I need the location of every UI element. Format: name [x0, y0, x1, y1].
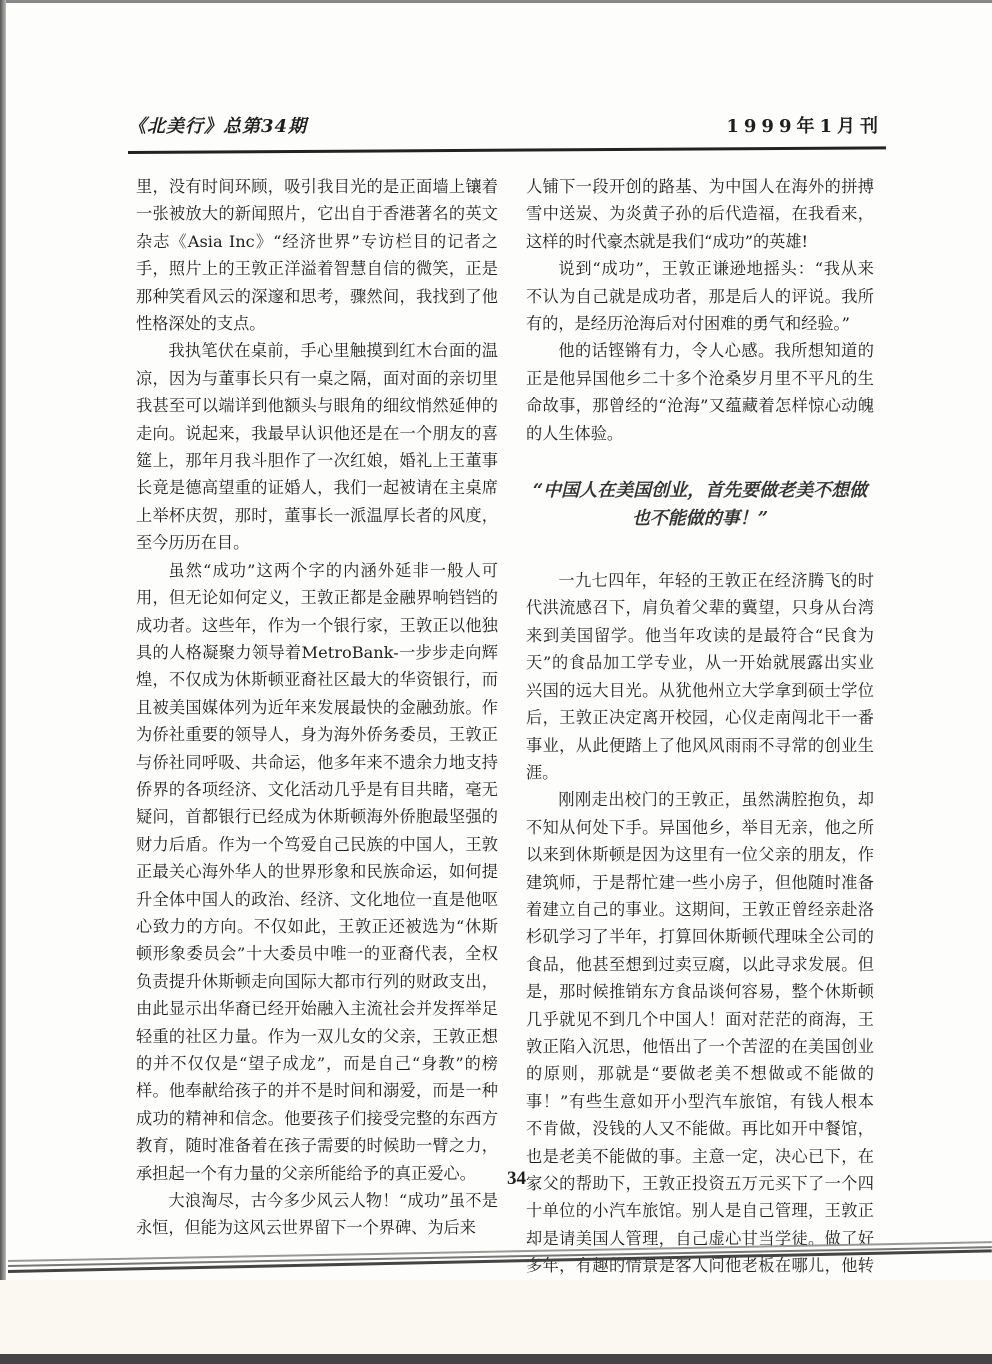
- stacked-page-edges: [8, 1258, 992, 1276]
- left-column: 里，没有时间环顾，吸引我目光的是正面墙上镶着一张被放大的新闻照片，它出自于香港著…: [136, 173, 498, 1242]
- pull-quote: “中国人在美国创业，首先要做老美不想做 也不能做的事！”: [526, 477, 874, 533]
- header-rule: [128, 146, 886, 154]
- right-column: 人铺下一段开创的路基、为中国人在海外的拼搏雪中送炭、为炎黄子孙的后代造福，在我看…: [526, 173, 874, 1307]
- scan-background: [0, 1280, 992, 1354]
- paragraph: 我执笔伏在桌前，手心里触摸到红木台面的温凉，因为与董事长只有一桌之隔，面对面的亲…: [136, 337, 498, 556]
- paragraph: 虽然“成功”这两个字的内涵外延非一般人可用，但无论如何定义，王敦正都是金融界响铛…: [136, 557, 498, 1187]
- paragraph: 说到“成功”，王敦正谦逊地摇头：“我从来不认为自己就是成功者，那是后人的评说。我…: [526, 255, 874, 337]
- paragraph: 他的话铿锵有力，令人心感。我所想知道的正是他异国他乡二十多个沧桑岁月里不平凡的生…: [526, 337, 874, 447]
- scan-border-left: [0, 0, 6, 1364]
- issue-date: 1999年1月刊: [726, 112, 883, 138]
- paragraph: 大浪淘尽，古今多少风云人物！“成功”虽不是永恒，但能为这风云世界留下一个界碑、为…: [136, 1187, 498, 1242]
- paragraph: 刚刚走出校门的王敦正，虽然满腔抱负，却不知从何处下手。异国他乡，举目无亲，他之所…: [526, 786, 874, 1307]
- scan-border-top: [0, 0, 992, 3]
- publication-title: 《北美行》总第34期: [128, 112, 307, 138]
- paragraph: 人铺下一段开创的路基、为中国人在海外的拼搏雪中送炭、为炎黄子孙的后代造福，在我看…: [526, 173, 874, 255]
- pull-quote-line: “中国人在美国创业，首先要做老美不想做: [526, 477, 874, 505]
- pull-quote-line: 也不能做的事！”: [526, 505, 874, 533]
- running-header: 《北美行》总第34期 1999年1月刊: [128, 112, 883, 136]
- paragraph: 一九七四年，年轻的王敦正在经济腾飞的时代洪流感召下，肩负着父辈的冀望，只身从台湾…: [526, 567, 874, 786]
- paragraph: 里，没有时间环顾，吸引我目光的是正面墙上镶着一张被放大的新闻照片，它出自于香港著…: [136, 173, 498, 337]
- page-number: 34: [507, 1168, 526, 1190]
- scan-border-bottom: [0, 1354, 992, 1364]
